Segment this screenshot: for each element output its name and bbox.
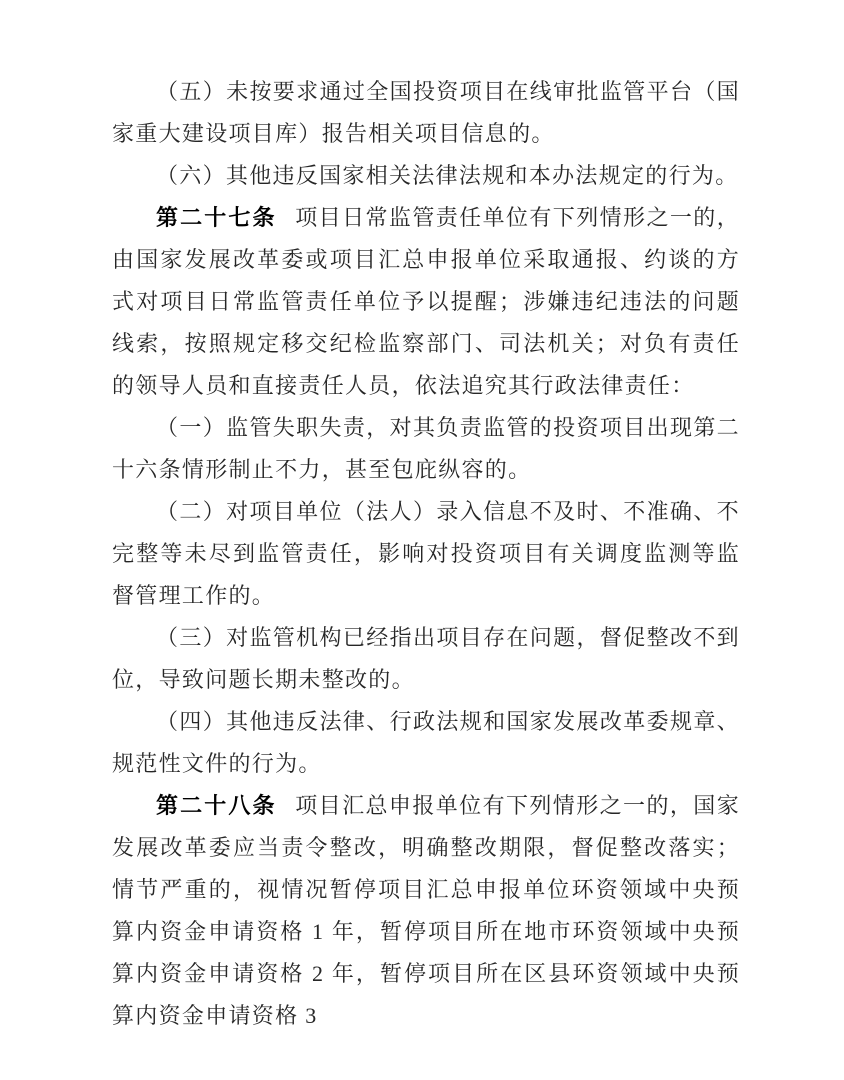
clause-item-5: （五）未按要求通过全国投资项目在线审批监管平台（国家重大建设项目库）报告相关项目… xyxy=(112,71,740,155)
article-28-paragraph: 第二十八条项目汇总申报单位有下列情形之一的，国家发展改革委应当责令整改，明确整改… xyxy=(112,785,740,1037)
article-28-number: 第二十八条 xyxy=(156,793,277,818)
article-27-item-1-text: （一）监管失职失责，对其负责监管的投资项目出现第二十六条情形制止不力，甚至包庇纵… xyxy=(112,415,740,482)
document-text-block: （五）未按要求通过全国投资项目在线审批监管平台（国家重大建设项目库）报告相关项目… xyxy=(112,71,740,1037)
article-27-item-4-text: （四）其他违反法律、行政法规和国家发展改革委规章、规范性文件的行为。 xyxy=(112,709,740,776)
article-27-item-2: （二）对项目单位（法人）录入信息不及时、不准确、不完整等未尽到监管责任，影响对投… xyxy=(112,491,740,617)
clause-item-6: （六）其他违反国家相关法律法规和本办法规定的行为。 xyxy=(112,155,740,197)
article-28-body: 项目汇总申报单位有下列情形之一的，国家发展改革委应当责令整改，明确整改期限，督促… xyxy=(112,793,740,1028)
article-27-item-1: （一）监管失职失责，对其负责监管的投资项目出现第二十六条情形制止不力，甚至包庇纵… xyxy=(112,407,740,491)
article-27-item-2-text: （二）对项目单位（法人）录入信息不及时、不准确、不完整等未尽到监管责任，影响对投… xyxy=(112,499,740,608)
article-27-item-4: （四）其他违反法律、行政法规和国家发展改革委规章、规范性文件的行为。 xyxy=(112,701,740,785)
clause-item-5-text: （五）未按要求通过全国投资项目在线审批监管平台（国家重大建设项目库）报告相关项目… xyxy=(112,79,740,146)
article-27-number: 第二十七条 xyxy=(156,205,277,230)
article-27-paragraph: 第二十七条项目日常监管责任单位有下列情形之一的，由国家发展改革委或项目汇总申报单… xyxy=(112,197,740,407)
article-27-body: 项目日常监管责任单位有下列情形之一的，由国家发展改革委或项目汇总申报单位采取通报… xyxy=(112,205,740,398)
document-page: （五）未按要求通过全国投资项目在线审批监管平台（国家重大建设项目库）报告相关项目… xyxy=(0,0,844,1080)
article-27-item-3: （三）对监管机构已经指出项目存在问题，督促整改不到位，导致问题长期未整改的。 xyxy=(112,617,740,701)
article-27-item-3-text: （三）对监管机构已经指出项目存在问题，督促整改不到位，导致问题长期未整改的。 xyxy=(112,625,740,692)
clause-item-6-text: （六）其他违反国家相关法律法规和本办法规定的行为。 xyxy=(156,163,739,188)
